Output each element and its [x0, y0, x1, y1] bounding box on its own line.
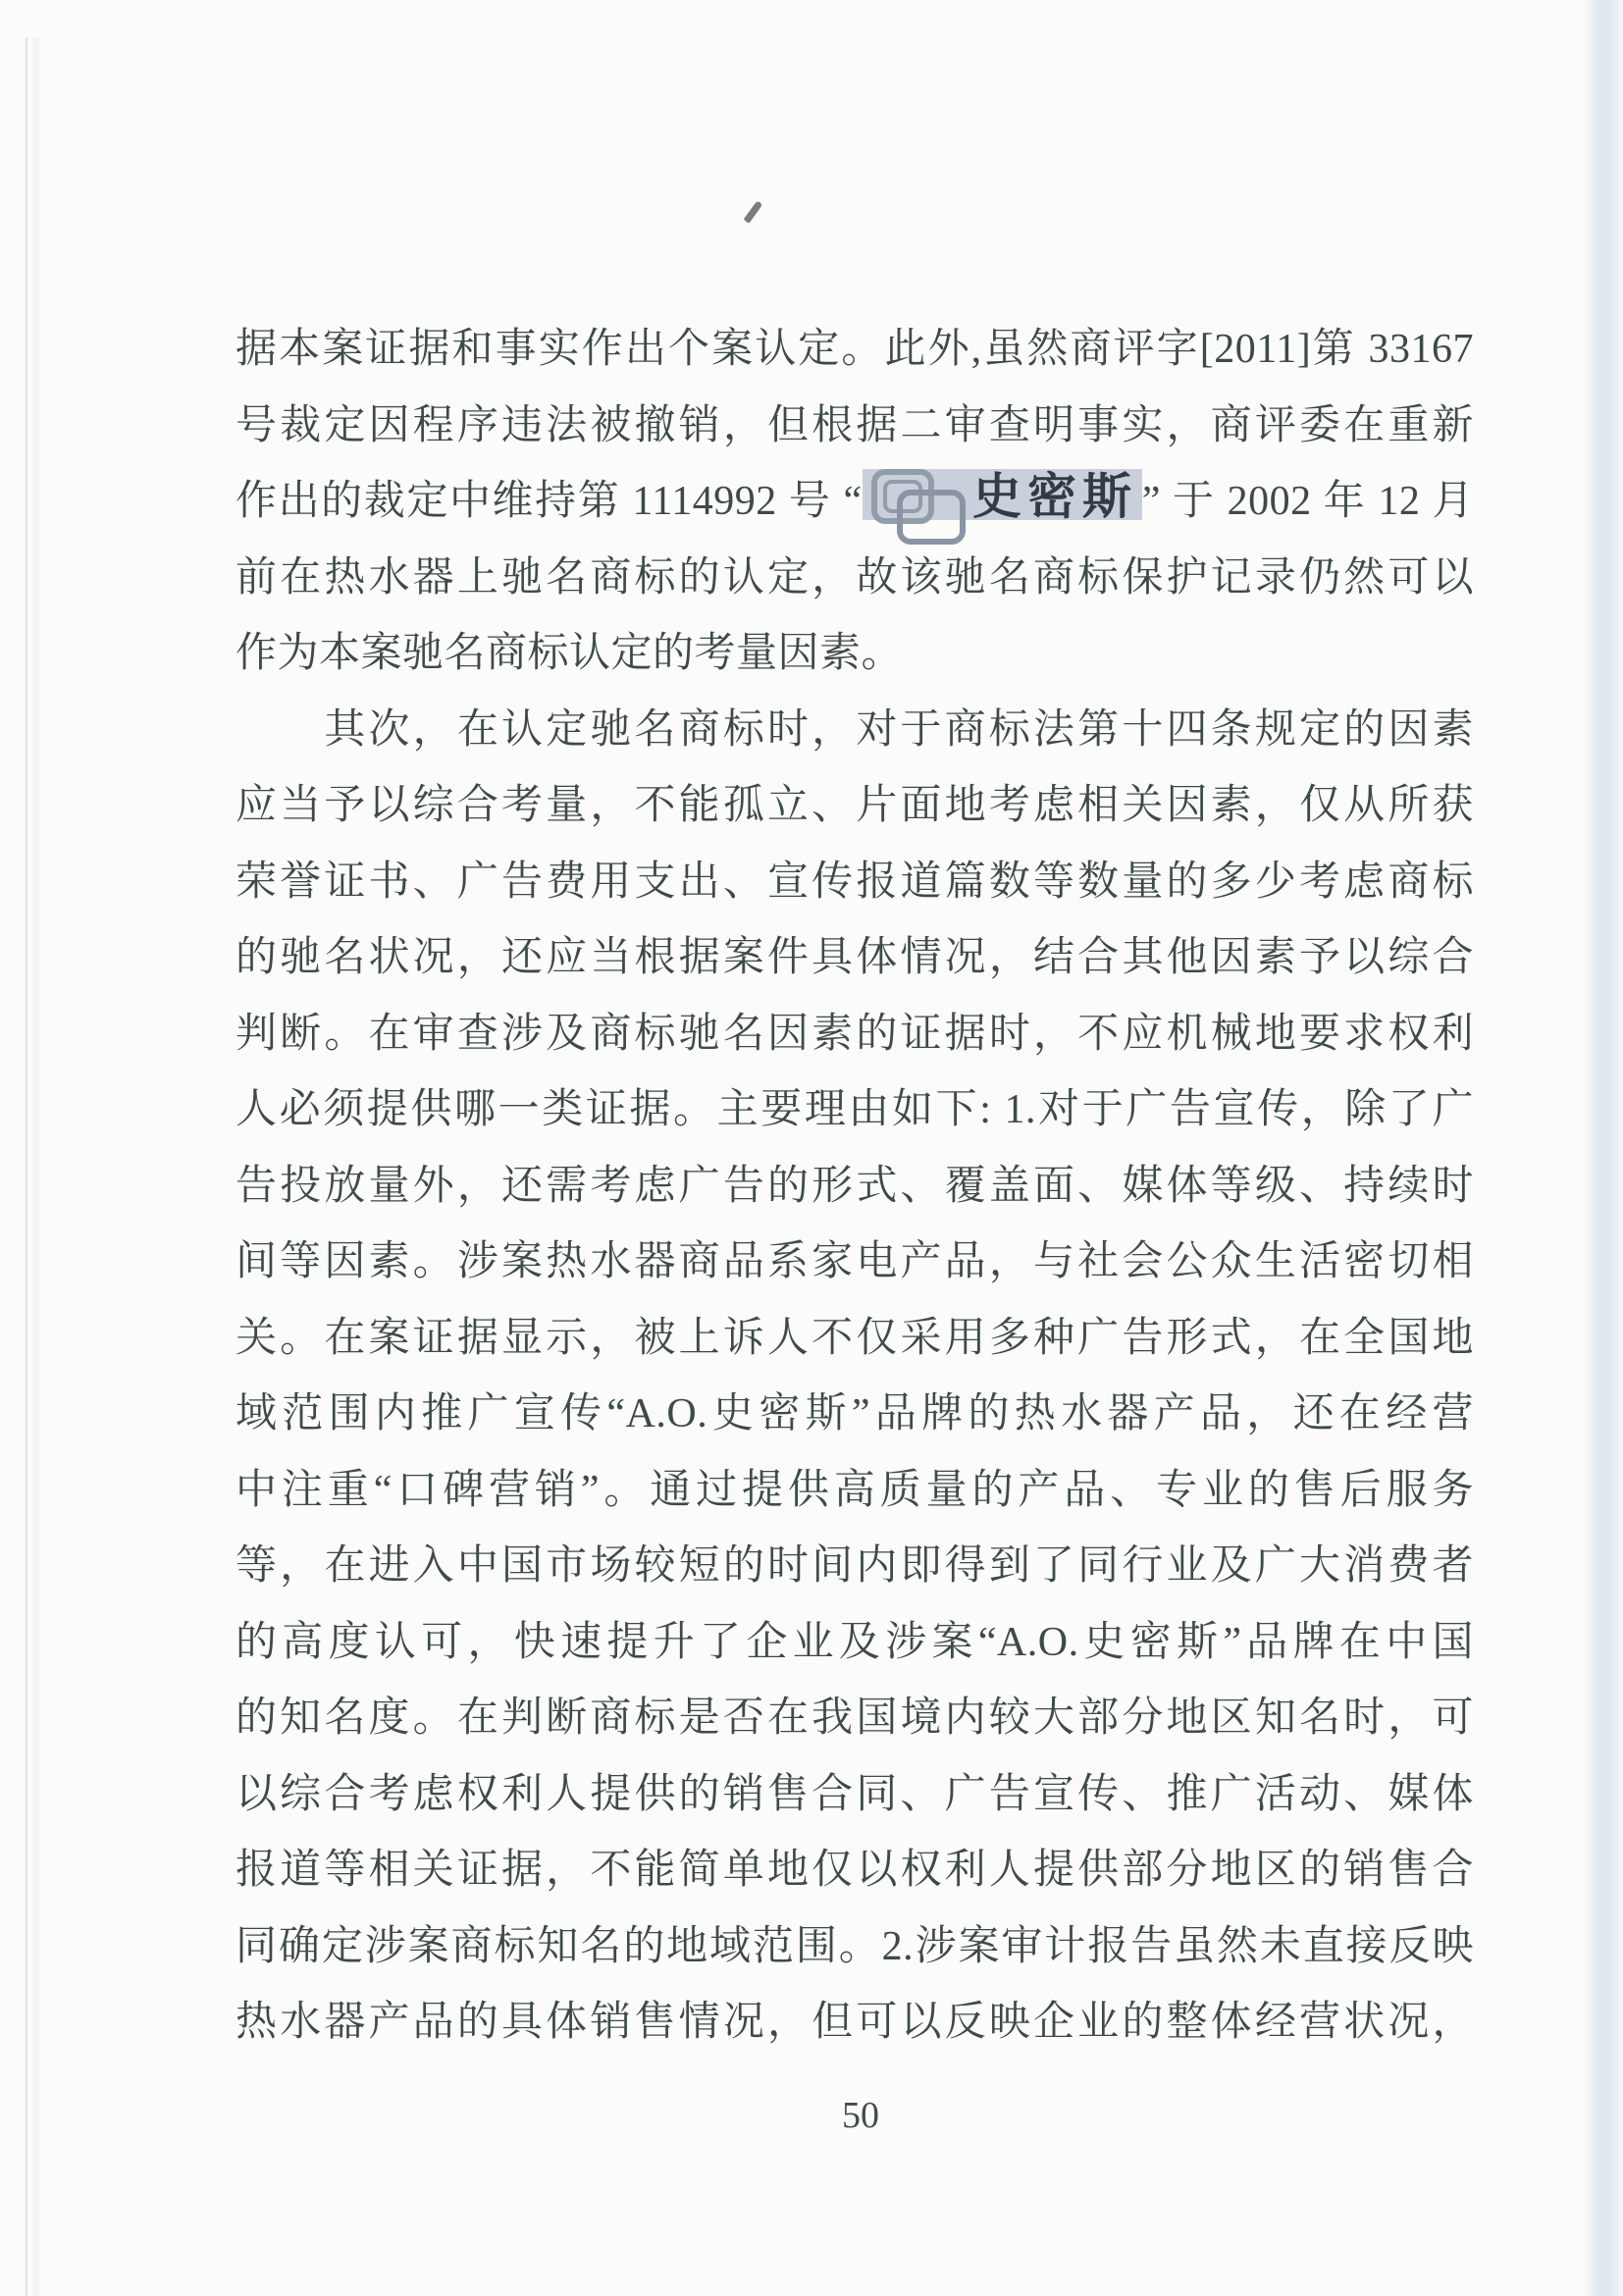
- text-line-6: 其次，在认定驰名商标时，对于商标法第十四条规定的因素: [236, 693, 1474, 769]
- text-line-2: 号裁定因程序违法被撤销，但根据二审查明事实，商评委在重新: [236, 389, 1474, 465]
- text-line-15: 域范围内推广宣传“A.O.史密斯”品牌的热水器产品，还在经营: [236, 1377, 1474, 1453]
- scan-edge-shadow-right: [1584, 0, 1623, 2296]
- text-line-3-post: ” 于 2002 年 12 月: [1142, 479, 1474, 524]
- text-line-21: 报道等相关证据，不能简单地仅以权利人提供部分地区的销售合: [236, 1833, 1474, 1909]
- scan-edge-line-left: [26, 37, 27, 2296]
- text-line-13: 间等因素。涉案热水器商品系家电产品，与社会公众生活密切相: [236, 1225, 1474, 1301]
- page-number: 50: [816, 2092, 905, 2139]
- scan-edge-band-left: [32, 37, 39, 2296]
- text-line-23: 热水器产品的具体销售情况，但可以反映企业的整体经营状况，: [236, 1985, 1474, 2061]
- text-line-11: 人必须提供哪一类证据。主要理由如下: 1.对于广告宣传，除了广: [236, 1072, 1474, 1149]
- text-line-17: 等，在进入中国市场较短的时间内即得到了同行业及广大消费者: [236, 1529, 1474, 1605]
- trademark-logo-text: 史密斯: [972, 469, 1137, 524]
- text-line-7: 应当予以综合考量，不能孤立、片面地考虑相关因素，仅从所获: [236, 768, 1474, 845]
- text-line-3-pre: 作出的裁定中维持第 1114992 号 “: [236, 479, 863, 524]
- text-line-1: 据本案证据和事实作出个案认定。此外,虽然商评字[2011]第 33167: [236, 312, 1474, 389]
- text-line-14: 关。在案证据显示，被上诉人不仅采用多种广告形式，在全国地: [236, 1301, 1474, 1378]
- text-line-8: 荣誉证书、广告费用支出、宣传报道篇数等数量的多少考虑商标: [236, 845, 1474, 921]
- text-line-22: 同确定涉案商标知名的地域范围。2.涉案审计报告虽然未直接反映: [236, 1909, 1474, 1986]
- text-line-9: 的驰名状况，还应当根据案件具体情况，结合其他因素予以综合: [236, 920, 1474, 997]
- text-line-19: 的知名度。在判断商标是否在我国境内较大部分地区知名时，可: [236, 1681, 1474, 1757]
- trademark-logo-image: 史密斯: [863, 473, 1142, 522]
- document-page: 据本案证据和事实作出个案认定。此外,虽然商评字[2011]第 33167 号裁定…: [0, 0, 1623, 2296]
- text-line-16: 中注重“口碑营销”。通过提供高质量的产品、专业的售后服务: [236, 1453, 1474, 1530]
- pen-mark-artifact: [744, 200, 763, 224]
- text-line-5: 作为本案驰名商标认定的考量因素。: [236, 616, 1474, 693]
- body-text: 据本案证据和事实作出个案认定。此外,虽然商评字[2011]第 33167 号裁定…: [236, 312, 1474, 2061]
- text-line-10: 判断。在审查涉及商标驰名因素的证据时，不应机械地要求权利: [236, 997, 1474, 1073]
- text-line-12: 告投放量外，还需考虑广告的形式、覆盖面、媒体等级、持续时: [236, 1149, 1474, 1226]
- text-line-20: 以综合考虑权利人提供的销售合同、广告宣传、推广活动、媒体: [236, 1757, 1474, 1834]
- text-line-18: 的高度认可，快速提升了企业及涉案“A.O.史密斯”品牌在中国: [236, 1605, 1474, 1682]
- text-line-4: 前在热水器上驰名商标的认定，故该驰名商标保护记录仍然可以: [236, 541, 1474, 617]
- text-line-3: 作出的裁定中维持第 1114992 号 “ 史密斯 ” 于 2002 年 12 …: [236, 464, 1474, 541]
